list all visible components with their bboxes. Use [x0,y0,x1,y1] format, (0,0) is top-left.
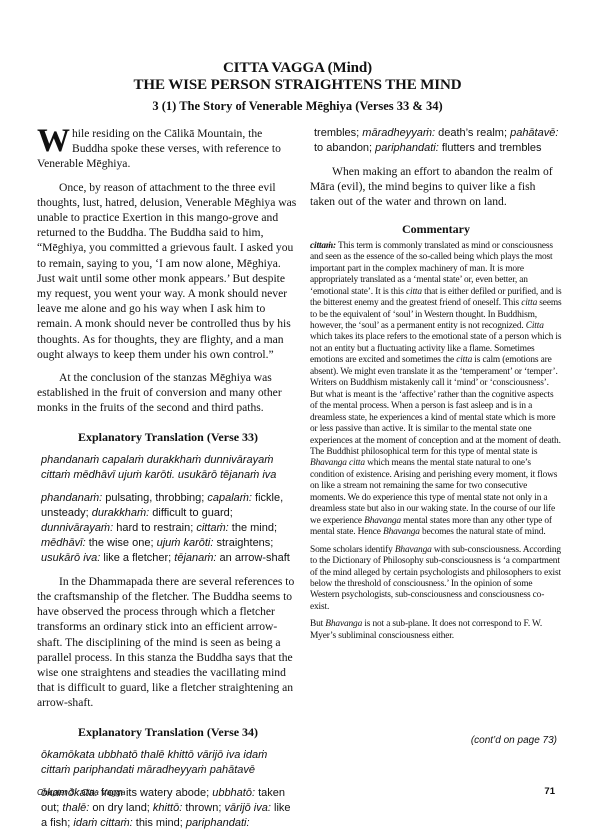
verse34-pali: ōkamōkata ubbhatō thalē khittō vārijō iv… [37,748,299,778]
section-title: THE WISE PERSON STRAIGHTENS THE MIND [0,77,595,94]
commentary-paragraph-2: Some scholars identify Bhavanga with sub… [310,545,562,614]
continuation-note: (cont’d on page 73) [471,735,557,746]
verse33-heading: Explanatory Translation (Verse 33) [37,430,299,445]
intro-paragraph: While residing on the Cālikā Mountain, t… [37,126,299,172]
conclusion-paragraph: At the conclusion of the stanzas Mēghiya… [37,370,299,416]
book-page: CITTA VAGGA (Mind) THE WISE PERSON STRAI… [0,0,595,829]
story-paragraph: Once, by reason of attachment to the thr… [37,180,299,362]
verse33-pali: phandanaṁ capalaṁ durakkhaṁ dunnivārayaṁ… [37,453,299,483]
verse34-heading: Explanatory Translation (Verse 34) [37,725,299,740]
verse33-gloss: phandanaṁ: pulsating, throbbing; capalaṁ… [37,491,299,566]
verse33-explanation: In the Dhammapada there are several refe… [37,574,299,711]
drop-cap: W [37,127,70,155]
commentary-paragraph-3: But Bhavanga is not a sub-plane. It does… [310,619,562,642]
chapter-title: CITTA VAGGA (Mind) [0,60,595,77]
commentary-paragraph-1: cittaṁ: This term is commonly translated… [310,241,562,539]
left-column: While residing on the Cālikā Mountain, t… [37,126,299,829]
commentary-heading: Commentary [310,222,562,237]
verse34-gloss-continued: trembles; māradheyyaṁ: death’s realm; pa… [310,126,562,156]
verse34-explanation: When making an effort to abandon the rea… [310,164,562,210]
right-column: trembles; māradheyyaṁ: death’s realm; pa… [310,126,562,642]
story-title: 3 (1) The Story of Venerable Mēghiya (Ve… [0,99,595,114]
page-number: 71 [544,786,555,797]
footer-chapter: Chapter 3 : Citta Vagga [37,787,126,797]
